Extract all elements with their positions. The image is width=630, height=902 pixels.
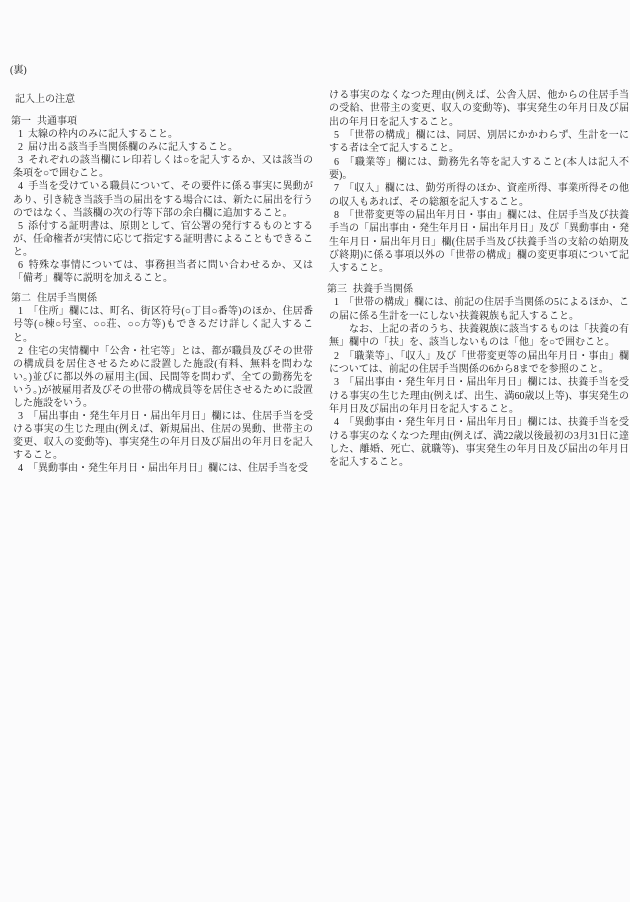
item-number: 2 xyxy=(334,351,339,362)
numbered-item: 8「世帯変更等の届出年月日・事由」欄には、住居手当及び扶養手当の「届出事由・発生… xyxy=(327,209,629,276)
section-number: 第三 xyxy=(327,284,347,295)
numbered-item: 2「職業等」、「収入」及び「世帯変更等の届出年月日・事由」欄については、前記の住… xyxy=(327,350,629,377)
section-title: 共通事項 xyxy=(37,116,77,127)
page-title: 記入上の注意 xyxy=(15,93,75,106)
numbered-item: 1「世帯の構成」欄には、前記の住居手当関係の5によるほか、この届に係る生計を一に… xyxy=(327,296,629,323)
item-text: 「職業等」欄には、勤務先名等を記入すること(本人は記入不要)。 xyxy=(329,157,629,181)
numbered-item: 5「世帯の構成」欄には、同居、別居にかかわらず、生計を一にする者は全て記入するこ… xyxy=(327,129,629,156)
numbered-item: 4手当を受けている職員について、その要件に係る事実に異動があり、引き続き当該手当… xyxy=(11,180,313,219)
numbered-item: 3「届出事由・発生年月日・届出年月日」欄には、扶養手当を受ける事実の生じた理由(… xyxy=(327,376,629,416)
section-heading: 第三扶養手当関係 xyxy=(327,283,629,296)
item-text: 「異動事由・発生年月日・届出年月日」欄には、住居手当を受 xyxy=(28,463,308,474)
paragraph-text: ける事実のなくなつた理由(例えば、公舎入居、他からの住居手当の受給、世帯主の変更… xyxy=(329,90,629,128)
item-text: 「世帯の構成」欄には、前記の住居手当関係の5によるほか、この届に係る生計を一にし… xyxy=(329,297,629,321)
item-number: 1 xyxy=(18,129,23,140)
item-text: 「届出事由・発生年月日・届出年月日」欄には、扶養手当を受ける事実の生じた理由(例… xyxy=(329,377,629,415)
numbered-item: 7「収入」欄には、勤労所得のほか、資産所得、事業所得その他の収入もあれば、その総… xyxy=(327,182,629,209)
section-heading: 第二住居手当関係 xyxy=(11,292,313,305)
section-title: 住居手当関係 xyxy=(37,293,97,304)
column-right: ける事実のなくなつた理由(例えば、公舎入居、他からの住居手当の受給、世帯主の変更… xyxy=(327,89,629,470)
continuation-paragraph: ける事実のなくなつた理由(例えば、公舎入居、他からの住居手当の受給、世帯主の変更… xyxy=(327,89,629,129)
item-number: 5 xyxy=(18,221,23,232)
item-text: それぞれの該当欄にレ印若しくは○を記入するか、又は該当の条項を○で囲むこと。 xyxy=(13,155,313,179)
numbered-item: 5添付する証明書は、原則として、官公署の発行するものとするが、任命権者が実情に応… xyxy=(11,220,313,259)
numbered-item: 3それぞれの該当欄にレ印若しくは○を記入するか、又は該当の条項を○で囲むこと。 xyxy=(11,154,313,180)
item-number: 1 xyxy=(334,297,339,308)
numbered-item: 3「届出事由・発生年月日・届出年月日」欄には、住居手当を受ける事実の生じた理由(… xyxy=(11,410,313,462)
numbered-item: 1「住所」欄には、町名、街区符号(○丁目○番等)のほか、住居番号等(○棟○号室、… xyxy=(11,305,313,344)
section-number: 第一 xyxy=(11,116,31,127)
item-text: 住宅の実情欄中「公舎・社宅等」とは、都が職員及びその世帯の構成員を居住させるため… xyxy=(13,346,313,409)
section-number: 第二 xyxy=(11,293,31,304)
item-text: 「世帯変更等の届出年月日・事由」欄には、住居手当及び扶養手当の「届出事由・発生年… xyxy=(329,210,629,274)
item-text: 「職業等」、「収入」及び「世帯変更等の届出年月日・事由」欄については、前記の住居… xyxy=(329,351,629,375)
item-number: 4 xyxy=(334,417,339,428)
item-text: 「届出事由・発生年月日・届出年月日」欄には、住居手当を受ける事実の生じた理由(例… xyxy=(13,411,313,461)
item-number: 1 xyxy=(18,306,23,317)
item-number: 6 xyxy=(18,260,23,271)
numbered-item: 6「職業等」欄には、勤務先名等を記入すること(本人は記入不要)。 xyxy=(327,156,629,183)
item-number: 4 xyxy=(18,463,23,474)
numbered-item: 1太線の枠内のみに記入すること。 xyxy=(11,128,313,141)
item-text: 手当を受けている職員について、その要件に係る事実に異動があり、引き続き当該手当の… xyxy=(13,181,313,218)
paragraph-text: なお、上記の者のうち、扶養親族に該当するものは「扶養の有無」欄中の「扶」を、該当… xyxy=(329,324,629,348)
item-number: 5 xyxy=(334,130,339,141)
page-side-label: (裏) xyxy=(10,64,27,77)
item-number: 8 xyxy=(334,210,339,221)
numbered-item: 6特殊な事情については、事務担当者に問い合わせるか、又は「備考」欄等に説明を加え… xyxy=(11,259,313,285)
item-number: 3 xyxy=(18,411,23,422)
numbered-item: 2住宅の実情欄中「公舎・社宅等」とは、都が職員及びその世帯の構成員を居住させるた… xyxy=(11,345,313,410)
item-number: 7 xyxy=(334,183,339,194)
item-text: 添付する証明書は、原則として、官公署の発行するものとするが、任命権者が実情に応じ… xyxy=(13,221,313,258)
item-text: 「収入」欄には、勤労所得のほか、資産所得、事業所得その他の収入もあれば、その総額… xyxy=(329,183,629,207)
item-number: 2 xyxy=(18,142,23,153)
item-text: 「住所」欄には、町名、街区符号(○丁目○番等)のほか、住居番号等(○棟○号室、○… xyxy=(13,306,313,343)
numbered-item: 2届け出る該当手当関係欄のみに記入すること。 xyxy=(11,141,313,154)
item-text: 太線の枠内のみに記入すること。 xyxy=(28,129,178,140)
item-text: 特殊な事情については、事務担当者に問い合わせるか、又は「備考」欄等に説明を加える… xyxy=(13,260,313,284)
item-text: 届け出る該当手当関係欄のみに記入すること。 xyxy=(28,142,238,153)
item-number: 3 xyxy=(18,155,23,166)
numbered-item: 4「異動事由・発生年月日・届出年月日」欄には、扶養手当を受ける事実のなくなつた理… xyxy=(327,416,629,469)
item-number: 4 xyxy=(18,181,23,192)
item-number: 2 xyxy=(18,346,23,357)
item-number: 3 xyxy=(334,377,339,388)
section-title: 扶養手当関係 xyxy=(353,284,413,295)
numbered-item: 4「異動事由・発生年月日・届出年月日」欄には、住居手当を受 xyxy=(11,462,313,475)
item-number: 6 xyxy=(334,157,339,168)
item-text: 「異動事由・発生年月日・届出年月日」欄には、扶養手当を受ける事実のなくなつた理由… xyxy=(329,417,629,468)
column-left: 第一共通事項1太線の枠内のみに記入すること。2届け出る該当手当関係欄のみに記入す… xyxy=(11,115,313,476)
item-text: 「世帯の構成」欄には、同居、別居にかかわらず、生計を一にする者は全て記入すること… xyxy=(329,130,629,154)
note-paragraph: なお、上記の者のうち、扶養親族に該当するものは「扶養の有無」欄中の「扶」を、該当… xyxy=(327,323,629,350)
section-heading: 第一共通事項 xyxy=(11,115,313,128)
document-page: (裏) 記入上の注意 第一共通事項1太線の枠内のみに記入すること。2届け出る該当… xyxy=(0,0,630,902)
